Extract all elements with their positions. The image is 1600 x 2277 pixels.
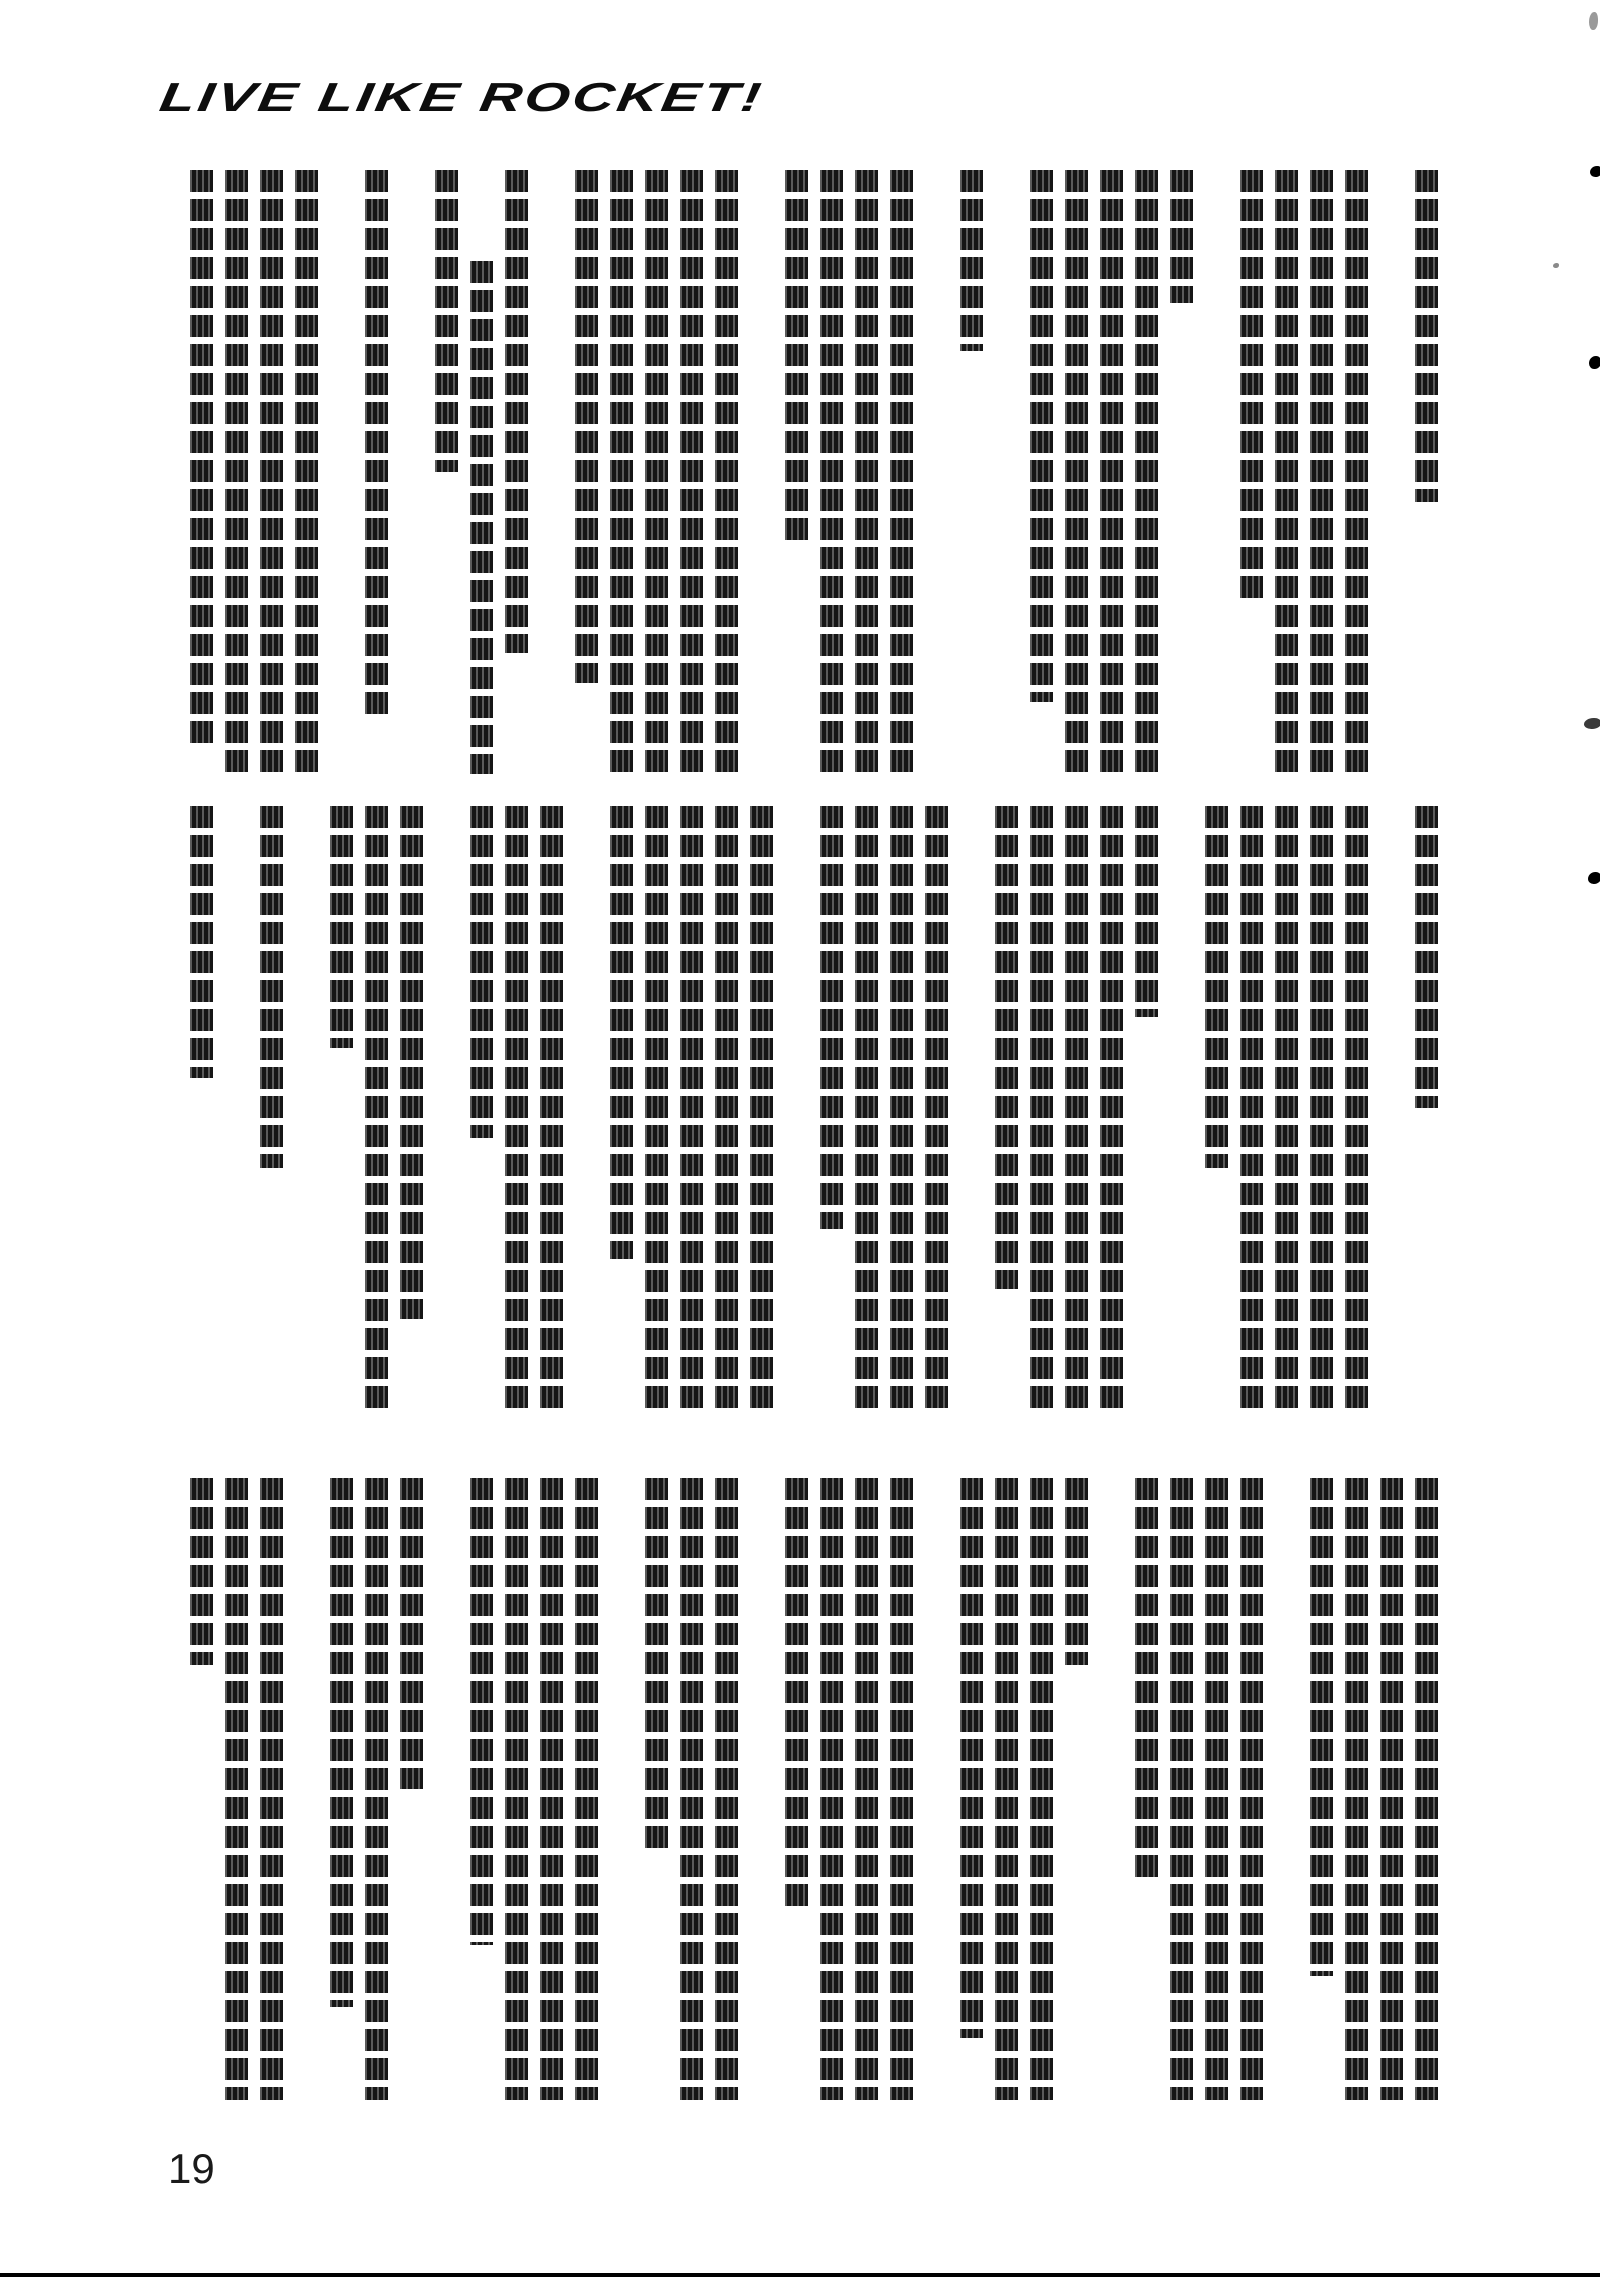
redacted-text-line (890, 806, 913, 1410)
redacted-text-line (330, 1478, 353, 2007)
redacted-text-column (225, 170, 248, 774)
redacted-text-column (820, 806, 843, 1410)
redacted-text-column (890, 1478, 913, 2100)
redacted-text-line (190, 1478, 213, 1665)
redacted-text-line (1030, 170, 1053, 702)
column-gap (295, 806, 318, 1410)
redacted-text-line (855, 170, 878, 774)
redacted-text-line (750, 806, 773, 1410)
scanned-page: LIVE LIKE ROCKET! 19 (0, 0, 1600, 2277)
redacted-text-line (1135, 1478, 1158, 1882)
redacted-text-column (1345, 170, 1368, 774)
redacted-text-line (1310, 806, 1333, 1410)
redacted-text-column (715, 1478, 738, 2100)
redacted-text-column (1345, 806, 1368, 1410)
redacted-text-column (1310, 806, 1333, 1410)
redacted-text-line (540, 1478, 563, 2100)
redacted-text-column (470, 806, 493, 1410)
redacted-text-line (1205, 806, 1228, 1168)
redacted-text-column (785, 1478, 808, 2100)
column-gap (435, 1478, 458, 2100)
redacted-text-line (1170, 170, 1193, 303)
redacted-text-line (225, 1478, 248, 2100)
redacted-text-column (365, 170, 388, 774)
redacted-text-column (1380, 1478, 1403, 2100)
column-gap (295, 1478, 318, 2100)
redacted-text-line (715, 806, 738, 1410)
redacted-text-line (365, 170, 388, 714)
redacted-text-column (680, 806, 703, 1410)
redacted-text-line (1275, 806, 1298, 1410)
redacted-text-line (330, 806, 353, 1048)
redacted-text-column (1415, 170, 1438, 774)
redacted-text-column (715, 170, 738, 774)
redacted-text-line (820, 806, 843, 1229)
redacted-text-line (540, 806, 563, 1410)
column-gap (400, 170, 423, 774)
column-gap (1275, 1478, 1298, 2100)
redacted-text-column (610, 806, 633, 1410)
redacted-text-column (435, 170, 458, 774)
redacted-text-column (190, 170, 213, 774)
redacted-text-column (925, 806, 948, 1410)
text-band-top (150, 170, 1438, 774)
redacted-text-column (225, 1478, 248, 2100)
redacted-text-line (400, 806, 423, 1319)
redacted-text-line (1170, 1478, 1193, 2100)
redacted-text-line (960, 170, 983, 351)
redacted-text-line (400, 1478, 423, 1789)
redacted-text-line (610, 170, 633, 774)
redacted-text-line (435, 170, 458, 472)
redacted-text-line (365, 1478, 388, 2100)
redacted-text-line (505, 1478, 528, 2100)
redacted-text-line (1310, 1478, 1333, 1976)
redacted-text-line (995, 1478, 1018, 2100)
redacted-text-line (645, 170, 668, 774)
redacted-text-column (1135, 1478, 1158, 2100)
column-gap (925, 170, 948, 774)
page-number: 19 (168, 2148, 215, 2190)
redacted-text-column (1275, 806, 1298, 1410)
redacted-text-line (365, 806, 388, 1410)
redacted-text-column (260, 1478, 283, 2100)
scan-speck (1588, 872, 1600, 884)
column-gap (1100, 1478, 1123, 2100)
redacted-text-column (820, 170, 843, 774)
redacted-text-column (295, 170, 318, 774)
redacted-text-column (1135, 170, 1158, 774)
redacted-text-column (505, 806, 528, 1410)
redacted-text-line (470, 806, 493, 1138)
redacted-text-line (1345, 170, 1368, 774)
column-gap (960, 806, 983, 1410)
redacted-text-line (610, 806, 633, 1259)
redacted-text-column (1100, 806, 1123, 1410)
redacted-text-column (1345, 1478, 1368, 2100)
redacted-text-column (785, 170, 808, 774)
scan-speck (1553, 263, 1559, 268)
redacted-text-line (1065, 170, 1088, 774)
redacted-text-column (960, 1478, 983, 2100)
redacted-text-line (1100, 170, 1123, 774)
redacted-text-column (645, 170, 668, 774)
redacted-text-column (400, 1478, 423, 2100)
redacted-text-column (1415, 1478, 1438, 2100)
redacted-text-line (925, 806, 948, 1410)
redacted-text-line (680, 170, 703, 774)
redacted-text-column (330, 806, 353, 1410)
redacted-text-line (1415, 806, 1438, 1108)
redacted-text-line (295, 170, 318, 774)
column-gap (750, 1478, 773, 2100)
redacted-text-line (575, 1478, 598, 2100)
redacted-text-line (190, 170, 213, 744)
redacted-text-line (855, 1478, 878, 2100)
column-gap (225, 806, 248, 1410)
column-gap (925, 1478, 948, 2100)
redacted-text-line (1065, 1478, 1088, 1665)
redacted-text-column (1240, 170, 1263, 774)
redacted-text-line (1135, 806, 1158, 1017)
redacted-text-line (190, 806, 213, 1078)
column-gap (1380, 806, 1403, 1410)
redacted-text-column (1065, 1478, 1088, 2100)
redacted-text-line (1240, 170, 1263, 605)
redacted-text-line (260, 170, 283, 774)
redacted-text-column (1205, 1478, 1228, 2100)
column-gap (1170, 806, 1193, 1410)
scan-speck (1589, 356, 1600, 369)
redacted-text-line (1205, 1478, 1228, 2100)
redacted-text-line (575, 170, 598, 683)
redacted-text-column (1100, 170, 1123, 774)
redacted-text-column (715, 806, 738, 1410)
redacted-text-line (260, 806, 283, 1168)
redacted-text-line (820, 170, 843, 774)
redacted-text-column (540, 1478, 563, 2100)
redacted-text-column (1135, 806, 1158, 1410)
redacted-text-column (365, 806, 388, 1410)
redacted-text-line (260, 1478, 283, 2100)
redacted-text-column (1310, 170, 1333, 774)
redacted-text-line (960, 1478, 983, 2038)
redacted-text-column (1030, 1478, 1053, 2100)
redacted-text-line (1240, 1478, 1263, 2100)
column-gap (330, 170, 353, 774)
redacted-text-column (1310, 1478, 1333, 2100)
redacted-text-column (1205, 806, 1228, 1410)
redacted-text-line (1380, 1478, 1403, 2100)
redacted-text-line (505, 170, 528, 653)
redacted-text-column (1275, 170, 1298, 774)
column-gap (995, 170, 1018, 774)
redacted-text-column (330, 1478, 353, 2100)
redacted-text-line (785, 170, 808, 544)
redacted-text-line (1415, 1478, 1438, 2100)
redacted-text-line (225, 170, 248, 774)
redacted-text-column (890, 170, 913, 774)
redacted-text-line (1065, 806, 1088, 1410)
redacted-text-line (1030, 1478, 1053, 2100)
redacted-text-column (540, 806, 563, 1410)
redacted-text-line (1310, 170, 1333, 774)
redacted-text-column (750, 806, 773, 1410)
redacted-text-line (995, 806, 1018, 1289)
redacted-text-column (645, 806, 668, 1410)
redacted-text-line (1135, 170, 1158, 774)
scan-speck (1589, 12, 1598, 30)
redacted-text-column (960, 170, 983, 774)
redacted-text-column (995, 1478, 1018, 2100)
text-band-bottom (150, 1478, 1438, 2100)
redacted-text-line (470, 261, 493, 774)
text-band-middle (150, 806, 1438, 1410)
redacted-text-line (890, 1478, 913, 2100)
redacted-text-column (1240, 1478, 1263, 2100)
scan-speck (1584, 718, 1600, 729)
redacted-text-column (470, 1478, 493, 2100)
redacted-text-line (1100, 806, 1123, 1410)
redacted-text-column (1065, 170, 1088, 774)
redacted-text-column (260, 806, 283, 1410)
redacted-text-line (1240, 806, 1263, 1410)
redacted-text-column (995, 806, 1018, 1410)
column-gap (575, 806, 598, 1410)
column-gap (750, 170, 773, 774)
redacted-text-column (1065, 806, 1088, 1410)
redacted-text-column (890, 806, 913, 1410)
redacted-text-column (470, 170, 493, 774)
redacted-text-column (645, 1478, 668, 2100)
redacted-text-column (610, 170, 633, 774)
redacted-text-column (680, 1478, 703, 2100)
redacted-text-column (190, 806, 213, 1410)
redacted-text-column (190, 1478, 213, 2100)
redacted-text-line (645, 806, 668, 1410)
redacted-text-line (645, 1478, 668, 1851)
redacted-text-column (260, 170, 283, 774)
redacted-text-line (1030, 806, 1053, 1410)
redacted-text-column (855, 806, 878, 1410)
column-gap (1205, 170, 1228, 774)
redacted-text-column (400, 806, 423, 1410)
redacted-text-column (855, 1478, 878, 2100)
redacted-text-column (1170, 1478, 1193, 2100)
redacted-text-column (1030, 806, 1053, 1410)
redacted-text-column (505, 1478, 528, 2100)
column-gap (610, 1478, 633, 2100)
redacted-text-column (1030, 170, 1053, 774)
redacted-text-column (1170, 170, 1193, 774)
redacted-text-line (505, 806, 528, 1410)
redacted-text-line (1345, 1478, 1368, 2100)
redacted-text-column (820, 1478, 843, 2100)
redacted-text-line (1345, 806, 1368, 1410)
redacted-text-line (680, 806, 703, 1410)
redacted-text-line (820, 1478, 843, 2100)
redacted-text-line (890, 170, 913, 774)
redacted-text-column (1415, 806, 1438, 1410)
column-gap (435, 806, 458, 1410)
page-bottom-edge (0, 2273, 1600, 2277)
scan-speck (1590, 166, 1600, 177)
logo-text: LIVE LIKE ROCKET! (157, 78, 766, 118)
column-gap (785, 806, 808, 1410)
redacted-text-line (855, 806, 878, 1410)
redacted-text-column (1240, 806, 1263, 1410)
redacted-text-column (575, 170, 598, 774)
redacted-text-line (715, 1478, 738, 2100)
redacted-text-line (715, 170, 738, 774)
redacted-text-line (470, 1478, 493, 1945)
redacted-text-column (575, 1478, 598, 2100)
redacted-text-column (680, 170, 703, 774)
redacted-text-column (505, 170, 528, 774)
redacted-text-column (855, 170, 878, 774)
redacted-text-line (680, 1478, 703, 2100)
column-gap (540, 170, 563, 774)
redacted-text-line (1275, 170, 1298, 774)
column-gap (1380, 170, 1403, 774)
redacted-text-line (1415, 170, 1438, 502)
redacted-text-column (365, 1478, 388, 2100)
redacted-text-line (785, 1478, 808, 1913)
